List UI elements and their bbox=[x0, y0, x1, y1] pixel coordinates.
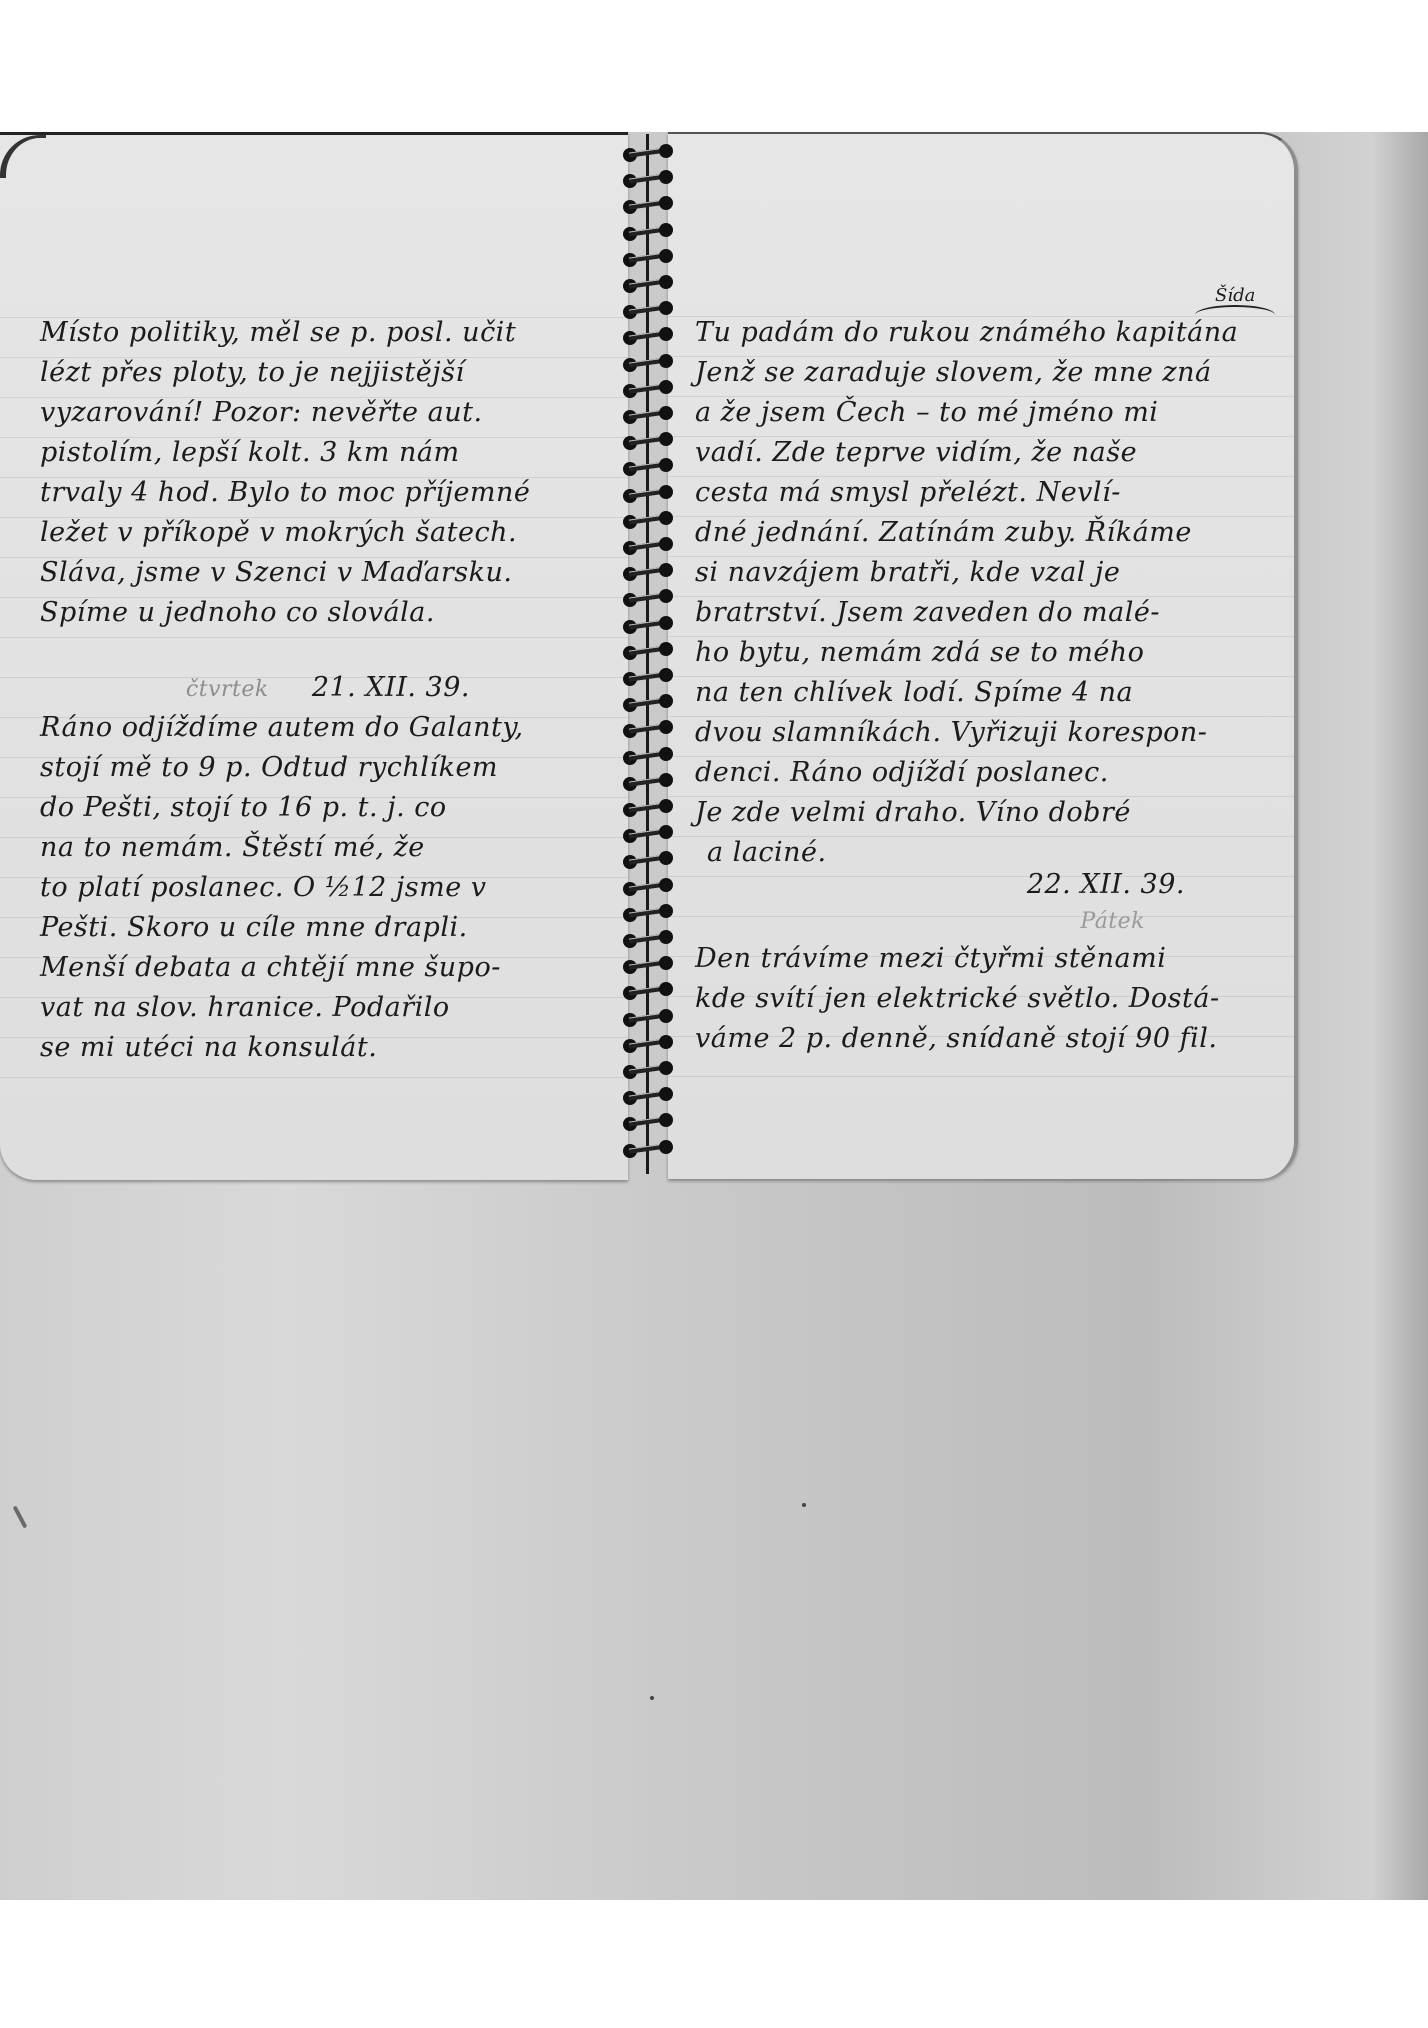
spiral-loop bbox=[623, 620, 673, 634]
left-entry-continuation: Místo politiky, měl se p. posl. učit léz… bbox=[40, 313, 620, 633]
spiral-loop bbox=[623, 934, 673, 948]
spiral-loop bbox=[623, 672, 673, 686]
spiral-loop bbox=[623, 751, 673, 765]
spiral-loop bbox=[623, 724, 673, 738]
entry-date-header: 22. XII. 39. bbox=[695, 865, 1295, 905]
spiral-loop bbox=[623, 646, 673, 660]
spiral-loop bbox=[623, 436, 673, 450]
handwritten-line: dvou slamníkách. Vyřizuji korespon- bbox=[695, 713, 1295, 753]
spiral-loop bbox=[623, 148, 673, 162]
spiral-loop bbox=[623, 515, 673, 529]
scan-artifact bbox=[802, 1503, 806, 1507]
spiral-loop bbox=[623, 1039, 673, 1053]
spiral-loop bbox=[623, 384, 673, 398]
spiral-loop bbox=[623, 410, 673, 424]
entry-weekday: čtvrtek bbox=[186, 677, 269, 702]
spiral-loop bbox=[623, 1013, 673, 1027]
handwritten-line: Den trávíme mezi čtyřmi stěnami bbox=[695, 939, 1295, 979]
spiral-loop bbox=[623, 200, 673, 214]
spiral-loop bbox=[623, 777, 673, 791]
handwritten-line: Sláva, jsme v Szenci v Maďarsku. bbox=[40, 553, 620, 593]
handwritten-line: vadí. Zde teprve vidím, že naše bbox=[695, 433, 1295, 473]
scan-artifact bbox=[650, 1696, 654, 1700]
handwritten-line: na to nemám. Štěstí mé, že bbox=[40, 828, 620, 868]
spiral-loop bbox=[623, 829, 673, 843]
spiral-loop bbox=[623, 908, 673, 922]
handwritten-line: Jenž se zaraduje slovem, že mne zná bbox=[695, 353, 1295, 393]
entry-weekday: Pátek bbox=[1080, 909, 1145, 934]
margin-annotation: Šída bbox=[1215, 285, 1255, 306]
spiral-loop bbox=[623, 567, 673, 581]
spiral-loop bbox=[623, 1091, 673, 1105]
handwritten-line: Ráno odjíždíme autem do Galanty, bbox=[40, 708, 620, 748]
spiral-loop bbox=[623, 358, 673, 372]
spiral-loop bbox=[623, 698, 673, 712]
spiral-loop bbox=[623, 593, 673, 607]
right-entry-continuation: Tu padám do rukou známého kapitána Jenž … bbox=[695, 313, 1295, 873]
handwritten-line: bratrství. Jsem zaveden do malé- bbox=[695, 593, 1295, 633]
spiral-loop bbox=[623, 541, 673, 555]
entry-weekday-row: Pátek bbox=[695, 905, 1295, 939]
handwritten-line: váme 2 p. denně, snídaně stojí 90 fil. bbox=[695, 1019, 1295, 1059]
spiral-loop bbox=[623, 253, 673, 267]
left-entry-dated: čtvrtek 21. XII. 39. Ráno odjíždíme aute… bbox=[40, 668, 620, 1068]
handwritten-line: Pešti. Skoro u cíle mne drapli. bbox=[40, 908, 620, 948]
entry-date-header: čtvrtek 21. XII. 39. bbox=[40, 668, 620, 708]
spiral-loop bbox=[623, 174, 673, 188]
spiral-loop bbox=[623, 960, 673, 974]
handwritten-line: pistolím, lepší kolt. 3 km nám bbox=[40, 433, 620, 473]
spiral-loop bbox=[623, 1117, 673, 1131]
spiral-loop bbox=[623, 462, 673, 476]
handwritten-line: ho bytu, nemám zdá se to mého bbox=[695, 633, 1295, 673]
spiral-binding bbox=[618, 134, 676, 1174]
handwritten-line: do Pešti, stojí to 16 p. t. j. co bbox=[40, 788, 620, 828]
handwritten-line: Místo politiky, měl se p. posl. učit bbox=[40, 313, 620, 353]
entry-date: 21. XII. 39. bbox=[312, 672, 470, 703]
spiral-loop bbox=[623, 882, 673, 896]
spiral-loop bbox=[623, 986, 673, 1000]
handwritten-line: a že jsem Čech – to mé jméno mi bbox=[695, 393, 1295, 433]
handwritten-line: stojí mě to 9 p. Odtud rychlíkem bbox=[40, 748, 620, 788]
spiral-loop bbox=[623, 855, 673, 869]
spiral-loop bbox=[623, 1144, 673, 1158]
handwritten-line: denci. Ráno odjíždí poslanec. bbox=[695, 753, 1295, 793]
spiral-loop bbox=[623, 305, 673, 319]
handwritten-line: vyzarování! Pozor: nevěřte aut. bbox=[40, 393, 620, 433]
spiral-loop bbox=[623, 489, 673, 503]
spiral-loop bbox=[623, 331, 673, 345]
handwritten-line: trvaly 4 hod. Bylo to moc příjemné bbox=[40, 473, 620, 513]
spiral-loop bbox=[623, 279, 673, 293]
handwritten-line: si navzájem bratři, kde vzal je bbox=[695, 553, 1295, 593]
right-entry-dated: 22. XII. 39. Pátek Den trávíme mezi čtyř… bbox=[695, 865, 1295, 1059]
handwritten-line: Spíme u jednoho co slovála. bbox=[40, 593, 620, 633]
handwritten-line: se mi utéci na konsulát. bbox=[40, 1028, 620, 1068]
entry-date: 22. XII. 39. bbox=[1027, 869, 1185, 900]
handwritten-line: ležet v příkopě v mokrých šatech. bbox=[40, 513, 620, 553]
handwritten-line: cesta má smysl přelézt. Nevlí- bbox=[695, 473, 1295, 513]
handwritten-line: Menší debata a chtějí mne šupo- bbox=[40, 948, 620, 988]
spiral-loop bbox=[623, 803, 673, 817]
spiral-loop bbox=[623, 227, 673, 241]
handwritten-line: Je zde velmi draho. Víno dobré bbox=[695, 793, 1295, 833]
handwritten-line: na ten chlívek lodí. Spíme 4 na bbox=[695, 673, 1295, 713]
handwritten-line: Tu padám do rukou známého kapitána bbox=[695, 313, 1295, 353]
handwritten-line: lézt přes ploty, to je nejjistější bbox=[40, 353, 620, 393]
handwritten-line: dné jednání. Zatínám zuby. Říkáme bbox=[695, 513, 1295, 553]
handwritten-line: kde svítí jen elektrické světlo. Dostá- bbox=[695, 979, 1295, 1019]
handwritten-line: to platí poslanec. O ½12 jsme v bbox=[40, 868, 620, 908]
handwritten-line: vat na slov. hranice. Podařilo bbox=[40, 988, 620, 1028]
spiral-loop bbox=[623, 1065, 673, 1079]
